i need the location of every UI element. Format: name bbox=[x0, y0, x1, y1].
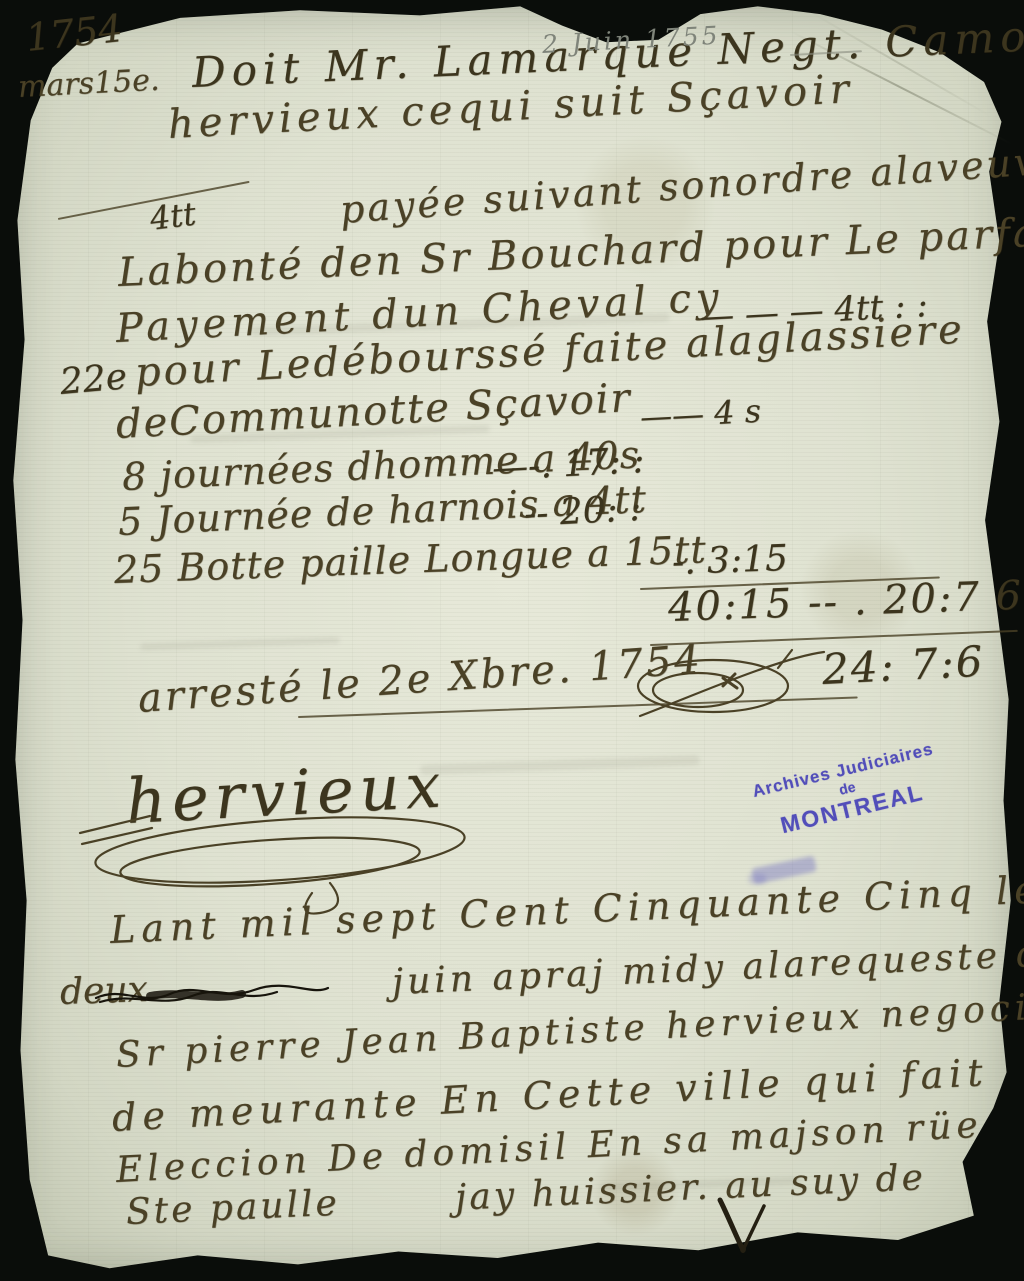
entry-amount: -. 3:15 bbox=[671, 538, 788, 583]
final-total: 24: 7:6 bbox=[821, 637, 986, 694]
entry-amount-margin: 4tt bbox=[148, 195, 198, 238]
scribbled-out-word bbox=[92, 980, 332, 1010]
entry-amount: —— 4 s bbox=[639, 392, 762, 436]
entry-amount: -- 20: : bbox=[523, 488, 642, 535]
photographed-manuscript: 1754 mars15e. Doit Mr. Lamarque Negt. Ca… bbox=[0, 0, 1024, 1281]
entry-date: mars15e. bbox=[17, 63, 160, 105]
check-arrow-mark bbox=[716, 1196, 770, 1258]
entry-amount-margin: 22e bbox=[58, 356, 128, 403]
